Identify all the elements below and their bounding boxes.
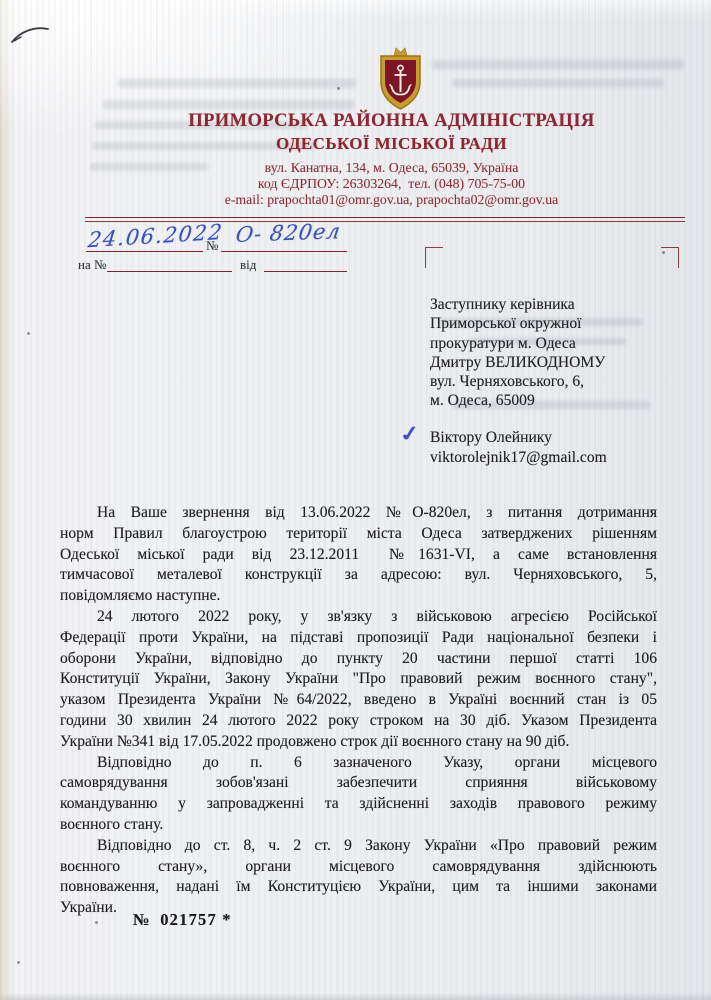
body-line: Федерації проти України, на підставі про… [60, 628, 657, 649]
body-line: На Ваше звернення від 13.06.2022 №О-820е… [60, 503, 657, 524]
body-paragraph-2: 24 лютого 2022 року, у зв'язку з військо… [60, 607, 657, 753]
recipient-line: Дмитру ВЕЛИКОДНОМУ [430, 353, 605, 372]
odesa-coat-of-arms-icon [377, 46, 424, 112]
recipient-address-block: Заступнику керівника Приморської окружно… [430, 295, 605, 411]
reply-date-label: від [240, 257, 256, 273]
reply-to-label: на № [78, 257, 106, 273]
scan-speck [27, 332, 30, 335]
bleedthrough-artifact [103, 100, 355, 109]
body-line: воєнного стану», органи місцевого самовр… [60, 857, 657, 878]
recipient-line: прокуратури м. Одеса [430, 334, 605, 353]
copy-recipient-block: Віктору Олейнику viktorolejnik17@gmail.c… [430, 428, 607, 467]
body-line: години 30 хвилин 24 лютого 2022 року стр… [60, 711, 657, 732]
body-line: тимчасової металевої конструкції за адре… [60, 565, 657, 586]
registry-date-handwritten: 24.06.2022 [87, 220, 225, 252]
registry-phone-line: код ЄДРПОУ: 26303264, тел. (048) 705-75-… [36, 176, 711, 192]
org-name-line2: ОДЕСЬКОЇ МІСЬКОЇ РАДИ [36, 134, 711, 154]
body-line: повноваження, надані їм Конституцією Укр… [60, 877, 657, 898]
copy-recipient-email: viktorolejnik17@gmail.com [430, 448, 607, 468]
body-line: Відповідно до ст. 8, ч. 2 ст. 9 Закону У… [60, 836, 657, 857]
recipient-line: вул. Черняховського, 6, [430, 372, 605, 391]
postal-address-line: вул. Канатна, 134, м. Одеса, 65039, Укра… [36, 160, 711, 176]
bleedthrough-artifact [432, 60, 684, 69]
scan-speck [17, 961, 20, 964]
letter-body: На Ваше звернення від 13.06.2022 №О-820е… [60, 503, 657, 919]
body-line: 24 лютого 2022 року, у зв'язку з військо… [60, 607, 657, 628]
body-line: Одеської міської ради від 23.12.2011 №16… [60, 545, 657, 566]
bleedthrough-artifact [452, 79, 664, 87]
body-line: указом Президента України №64/2022, введ… [60, 690, 657, 711]
outgoing-number-handwritten: О- 820ел [234, 219, 342, 247]
body-line: Конституції України, Закону України "Про… [60, 669, 657, 690]
checkmark-icon: ✓ [397, 421, 422, 448]
body-line: норм Правил благоустрою території міста … [60, 524, 657, 545]
bleedthrough-artifact [118, 79, 356, 88]
date-underline [86, 251, 203, 252]
double-rule [85, 217, 685, 222]
body-line: України №341 від 17.05.2022 продовжено с… [60, 732, 657, 753]
email-line: e-mail: prapochta01@omr.gov.ua, prapocht… [36, 192, 711, 208]
body-line: самоврядування зобов'язані забезпечити с… [60, 773, 657, 794]
body-paragraph-4: Відповідно до ст. 8, ч. 2 ст. 9 Закону У… [60, 836, 657, 919]
pen-scratch-artifact [10, 20, 52, 46]
copy-recipient-name: Віктору Олейнику [430, 428, 607, 448]
scanned-letter-page: ПРИМОРСЬКА РАЙОННА АДМІНІСТРАЦІЯ ОДЕСЬКО… [0, 0, 711, 1000]
body-line: командуванню у запровадженні та здійснен… [60, 794, 657, 815]
scan-speck [95, 921, 98, 924]
body-line: повідомляємо наступне. [60, 586, 657, 607]
recipient-line: Заступнику керівника [430, 295, 605, 314]
recipient-line: Приморської окружної [430, 314, 605, 333]
body-line: оборони України, відповідно до пункту 20… [60, 649, 657, 670]
org-name-line1: ПРИМОРСЬКА РАЙОННА АДМІНІСТРАЦІЯ [36, 111, 711, 132]
body-paragraph-1: На Ваше звернення від 13.06.2022 №О-820е… [60, 503, 657, 607]
registration-stamp-number: № 021757 * [133, 910, 232, 930]
scan-speck [337, 87, 340, 90]
corner-bracket-left [425, 247, 443, 268]
recipient-line: м. Одеса, 65009 [430, 391, 605, 410]
reply-date-underline [264, 271, 347, 272]
body-paragraph-3: Відповідно до п. 6 зазначеного Указу, ор… [60, 753, 657, 836]
number-underline [221, 251, 347, 252]
corner-bracket-right [661, 247, 679, 268]
number-sign-label: № [206, 238, 218, 254]
body-line: Відповідно до п. 6 зазначеного Указу, ор… [60, 753, 657, 774]
body-line: воєнного стану. [60, 815, 657, 836]
reply-number-underline [107, 271, 232, 272]
